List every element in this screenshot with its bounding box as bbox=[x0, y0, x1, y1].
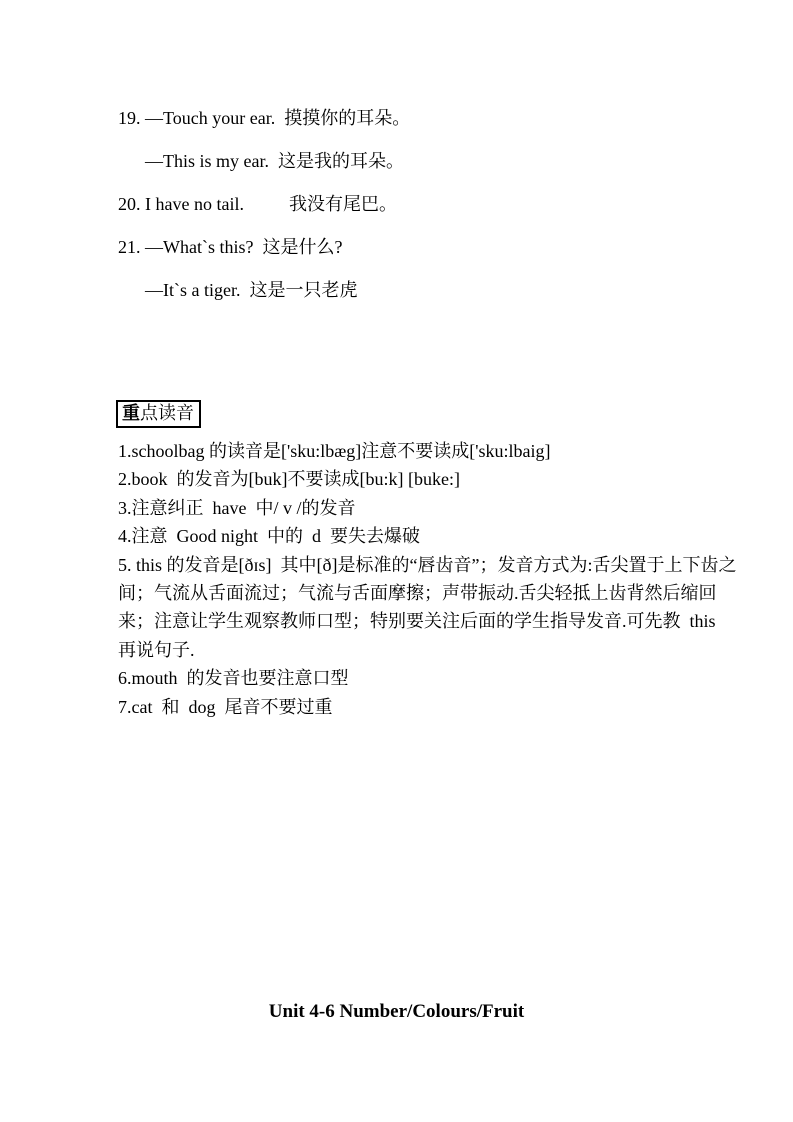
notes-header-box: 重点读音 bbox=[116, 400, 201, 428]
note-line-5-cont-1: 间；气流从舌面流过；气流与舌面摩擦；声带振动.舌尖轻抵上齿背然后缩回 bbox=[118, 579, 733, 607]
notes-header-bold-char: 重 bbox=[122, 403, 140, 423]
note-line-6: 6.mouth 的发音也要注意口型 bbox=[118, 664, 733, 692]
note-line-4: 4.注意 Good night 中的 d 要失去爆破 bbox=[118, 522, 733, 550]
dialog-section: 19. —Touch your ear. 摸摸你的耳朵。 —This is my… bbox=[118, 97, 733, 312]
dialog-line-19: 19. —Touch your ear. 摸摸你的耳朵。 bbox=[118, 97, 733, 140]
notes-section: 1.schoolbag 的读音是['sku:lbæg]注意不要读成['sku:l… bbox=[118, 437, 733, 721]
note-line-2: 2.book 的发音为[buk]不要读成[bu:k] [buke:] bbox=[118, 465, 733, 493]
note-line-1: 1.schoolbag 的读音是['sku:lbæg]注意不要读成['sku:l… bbox=[118, 437, 733, 465]
dialog-line-21-reply: —It`s a tiger. 这是一只老虎 bbox=[118, 269, 733, 312]
notes-header-rest: 点读音 bbox=[140, 403, 194, 423]
unit-title: Unit 4-6 Number/Colours/Fruit bbox=[0, 1002, 793, 1022]
dialog-line-21: 21. —What`s this? 这是什么? bbox=[118, 226, 733, 269]
note-line-5: 5. this 的发音是[ðɪs] 其中[ð]是标准的“唇齿音”；发音方式为:舌… bbox=[118, 551, 733, 579]
note-line-5-cont-2: 来；注意让学生观察教师口型；特别要关注后面的学生指导发音.可先教 this bbox=[118, 607, 733, 635]
dialog-line-19-reply: —This is my ear. 这是我的耳朵。 bbox=[118, 140, 733, 183]
dialog-line-20: 20. I have no tail. 我没有尾巴。 bbox=[118, 183, 733, 226]
note-line-7: 7.cat 和 dog 尾音不要过重 bbox=[118, 693, 733, 721]
note-line-3: 3.注意纠正 have 中/ v /的发音 bbox=[118, 494, 733, 522]
document-page: 19. —Touch your ear. 摸摸你的耳朵。 —This is my… bbox=[0, 0, 793, 1122]
note-line-5-cont-3: 再说句子. bbox=[118, 636, 733, 664]
